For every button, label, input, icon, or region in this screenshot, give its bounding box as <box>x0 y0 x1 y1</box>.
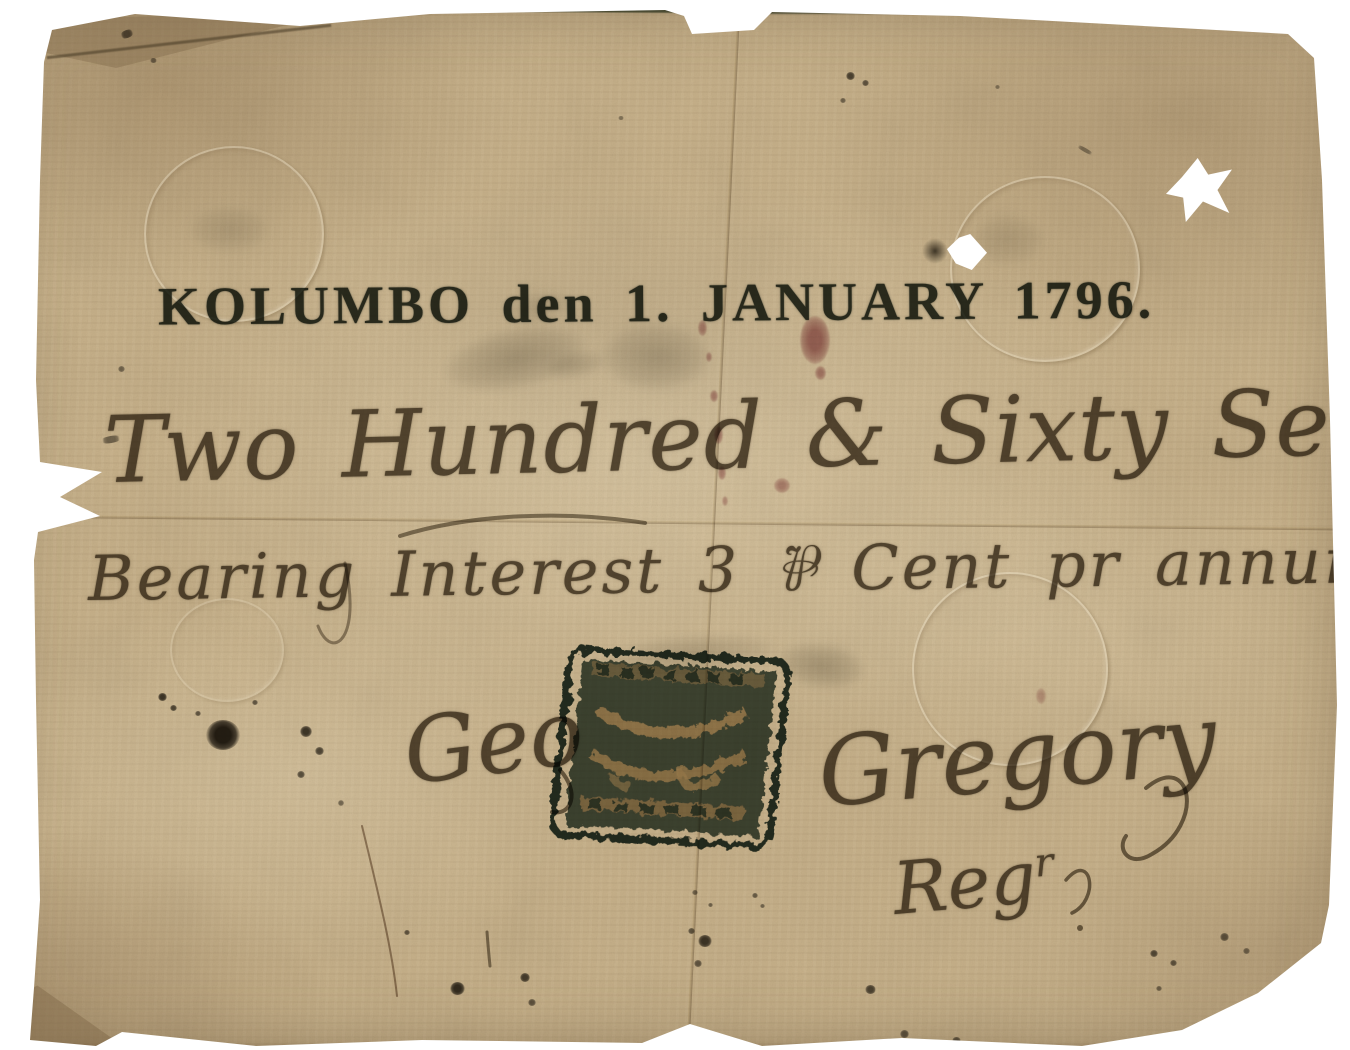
ink-speck <box>1150 950 1158 957</box>
red-stain <box>718 466 726 480</box>
scanned-banknote-page: KOLUMBO den 1. JANUARY 1796. Two Hundred… <box>0 0 1350 1050</box>
ink-speck <box>1220 933 1229 941</box>
ink-speck <box>846 72 855 80</box>
ink-smudge <box>503 287 576 326</box>
red-stain <box>714 426 723 444</box>
ink-speck <box>158 693 167 701</box>
ink-speck <box>698 935 712 947</box>
ink-speck <box>922 238 948 264</box>
red-stain <box>706 352 712 362</box>
ink-speck <box>338 800 344 806</box>
ink-speck <box>450 982 465 995</box>
red-stain <box>800 316 830 364</box>
ink-speck <box>1075 143 1094 156</box>
banknote-paper: KOLUMBO den 1. JANUARY 1796. Two Hundred… <box>0 0 1350 1050</box>
ink-speck <box>170 705 177 711</box>
ink-speck <box>760 904 765 908</box>
ink-speck <box>708 903 713 907</box>
ink-smudge <box>972 214 1044 266</box>
stains-layer <box>0 0 1350 1050</box>
ink-speck <box>315 747 324 755</box>
ink-smudge <box>599 630 781 678</box>
ink-speck <box>520 973 530 982</box>
ink-smudge <box>188 206 270 254</box>
ink-speck <box>952 1037 961 1044</box>
ink-speck <box>150 58 157 63</box>
ink-speck <box>100 434 123 445</box>
ink-speck <box>404 930 410 935</box>
ink-speck <box>618 116 624 120</box>
ink-speck <box>1156 986 1162 991</box>
ink-speck <box>865 985 876 994</box>
ink-speck <box>752 893 758 898</box>
ink-speck <box>118 366 125 372</box>
red-stain <box>722 496 728 506</box>
red-stain <box>815 366 826 380</box>
ink-speck <box>195 711 201 716</box>
red-stain <box>698 320 707 336</box>
ink-speck <box>688 928 695 934</box>
ink-speck <box>528 999 536 1006</box>
ink-speck <box>692 890 698 895</box>
red-stain <box>774 478 790 493</box>
ink-smudge <box>600 322 712 392</box>
red-stain <box>1036 688 1046 704</box>
ink-speck <box>995 85 1000 89</box>
ink-speck <box>1170 960 1177 966</box>
ink-speck <box>119 28 135 40</box>
ink-speck <box>862 80 869 86</box>
top-edge-shadow <box>1018 10 1290 22</box>
ink-speck <box>252 700 258 705</box>
ink-smudge <box>772 637 870 695</box>
red-stain <box>710 390 718 402</box>
ink-speck <box>840 98 846 103</box>
ink-speck <box>206 720 240 750</box>
ink-speck <box>1243 948 1250 954</box>
ink-speck <box>694 960 702 967</box>
ink-speck <box>300 726 312 737</box>
ink-speck <box>297 771 305 778</box>
ink-speck <box>900 1030 909 1038</box>
